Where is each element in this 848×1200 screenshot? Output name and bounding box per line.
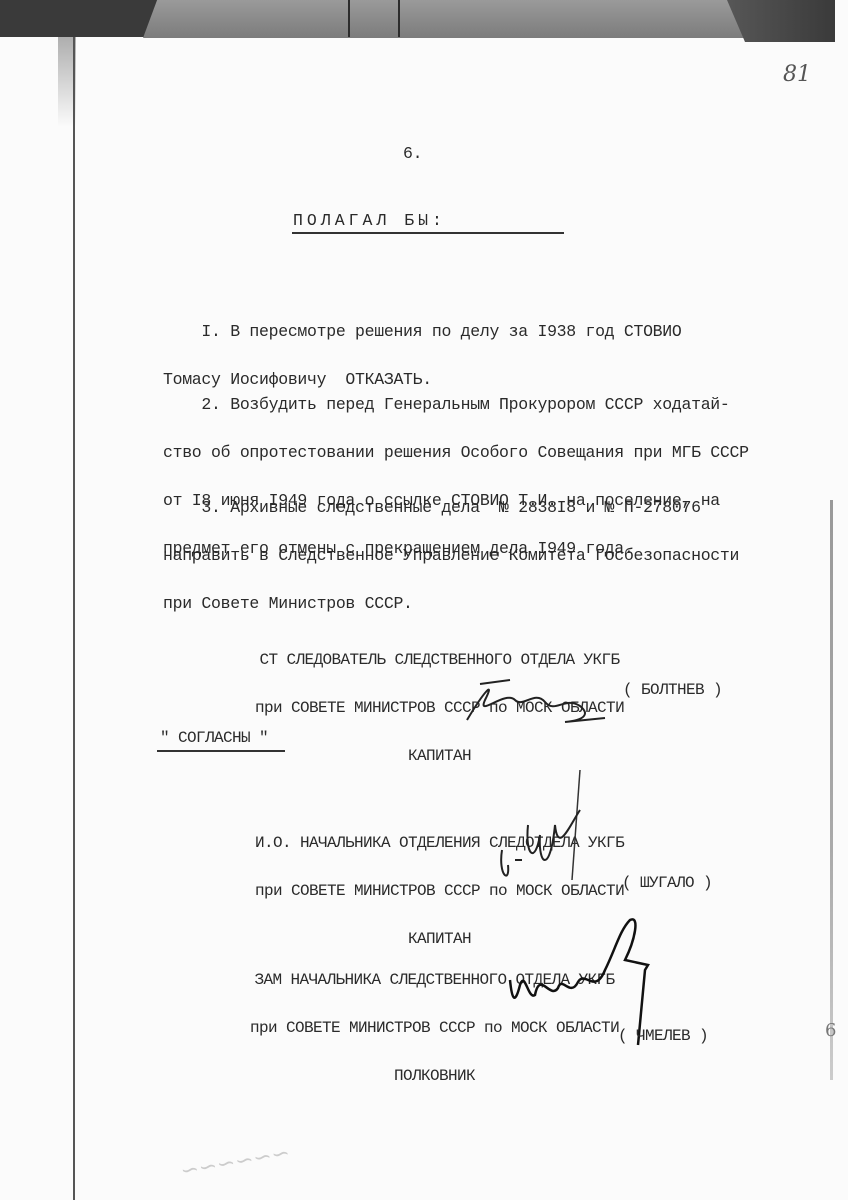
- signatory-3-name: ( ЧМЕЛЕВ ): [618, 1028, 708, 1044]
- binding-line: [73, 37, 75, 1200]
- paper-crack: [398, 0, 400, 37]
- paragraph-3: 3. Архивные следственные дела № 2838I8 и…: [163, 468, 739, 644]
- signatory-3-title: ЗАМ НАЧАЛЬНИКА СЛЕДСТВЕННОГО ОТДЕЛА УКГБ…: [250, 940, 619, 1116]
- paragraph-line: 2. Возбудить перед Генеральным Прокуроро…: [163, 397, 749, 413]
- scan-border-dark: [0, 0, 160, 37]
- paragraph-line: I. В пересмотре решения по делу за I938 …: [163, 324, 682, 340]
- paper-crack: [348, 0, 350, 37]
- title-line: КАПИТАН: [255, 748, 624, 764]
- paragraph-line: направить в Следственное Управление Коми…: [163, 548, 739, 564]
- paragraph-line: 3. Архивные следственные дела № 2838I8 и…: [163, 500, 739, 516]
- title-line: ЗАМ НАЧАЛЬНИКА СЛЕДСТВЕННОГО ОТДЕЛА УКГБ: [250, 972, 619, 988]
- title-line: СТ СЛЕДОВАТЕЛЬ СЛЕДСТВЕННОГО ОТДЕЛА УКГБ: [255, 652, 624, 668]
- heading-underline: [292, 232, 564, 234]
- title-line: при СОВЕТЕ МИНИСТРОВ СССР по МОСК ОБЛАСТ…: [255, 700, 624, 716]
- agreed-underline: [157, 750, 285, 752]
- signatory-1-name: ( БОЛТНЕВ ): [623, 682, 722, 698]
- title-line: ПОЛКОВНИК: [250, 1068, 619, 1084]
- document-heading: ПОЛАГАЛ БЫ:: [293, 213, 446, 229]
- margin-mark: 6: [825, 1020, 836, 1041]
- agreed-label: " СОГЛАСНЫ ": [160, 730, 268, 746]
- folio-number: 81: [783, 62, 811, 87]
- page-edge: [830, 500, 833, 1080]
- page-number: 6.: [403, 146, 422, 162]
- top-scan-border: [0, 0, 835, 37]
- title-line: при СОВЕТЕ МИНИСТРОВ СССР по МОСК ОБЛАСТ…: [250, 1020, 619, 1036]
- title-line: при СОВЕТЕ МИНИСТРОВ СССР по МОСК ОБЛАСТ…: [255, 883, 624, 899]
- title-line: И.О. НАЧАЛЬНИКА ОТДЕЛЕНИЯ СЛЕДОТДЕЛА УКГ…: [255, 835, 624, 851]
- paragraph-line: при Совете Министров СССР.: [163, 596, 739, 612]
- bleed-through-mark: ~~~~~~: [179, 1141, 292, 1185]
- signatory-2-name: ( ШУГАЛО ): [622, 875, 712, 891]
- paragraph-line: ство об опротестовании решения Особого С…: [163, 445, 749, 461]
- signatory-1-title: СТ СЛЕДОВАТЕЛЬ СЛЕДСТВЕННОГО ОТДЕЛА УКГБ…: [255, 620, 624, 796]
